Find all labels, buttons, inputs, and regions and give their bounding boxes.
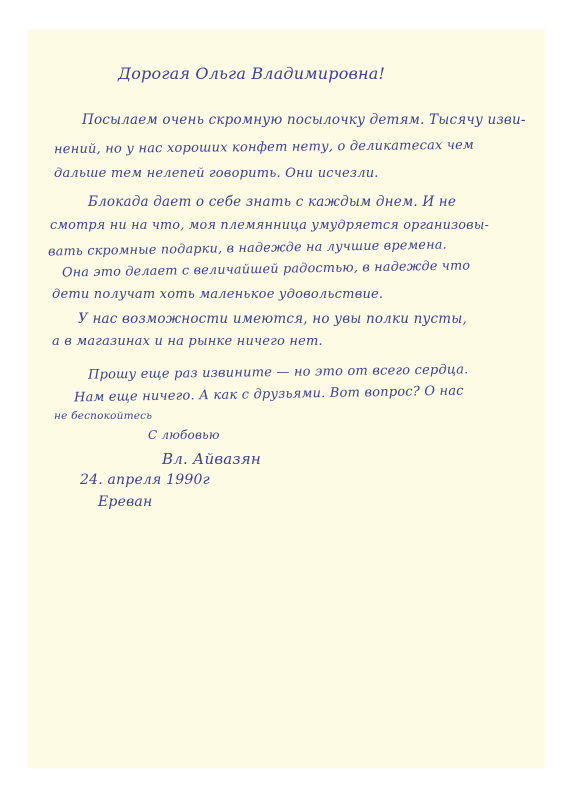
letter-line: Блокада дает о себе знать с каждым днем.… xyxy=(88,194,456,210)
letter-line: дети получат хоть маленькое удовольствие… xyxy=(52,287,383,302)
letter-date: 24. апреля 1990г xyxy=(80,472,210,488)
letter-line: а в магазинах и на рынке ничего нет. xyxy=(52,334,323,349)
letter-line: Посылаем очень скромную посылочку детям.… xyxy=(82,112,526,128)
letter-signature: Вл. Айвазян xyxy=(162,450,261,468)
letter-line: У нас возможности имеются, но увы полки … xyxy=(78,311,467,327)
letter-line: смотря ни на что, моя племянница умудряе… xyxy=(50,218,489,233)
letter-line: не беспокойтесь xyxy=(54,410,152,422)
letter-line: дальше тем нелепей говорить. Они исчезли… xyxy=(54,166,379,181)
letter-greeting: Дорогая Ольга Владимировна! xyxy=(118,64,385,83)
letter-place: Ереван xyxy=(98,494,152,510)
letter-closing: С любовью xyxy=(148,428,220,442)
